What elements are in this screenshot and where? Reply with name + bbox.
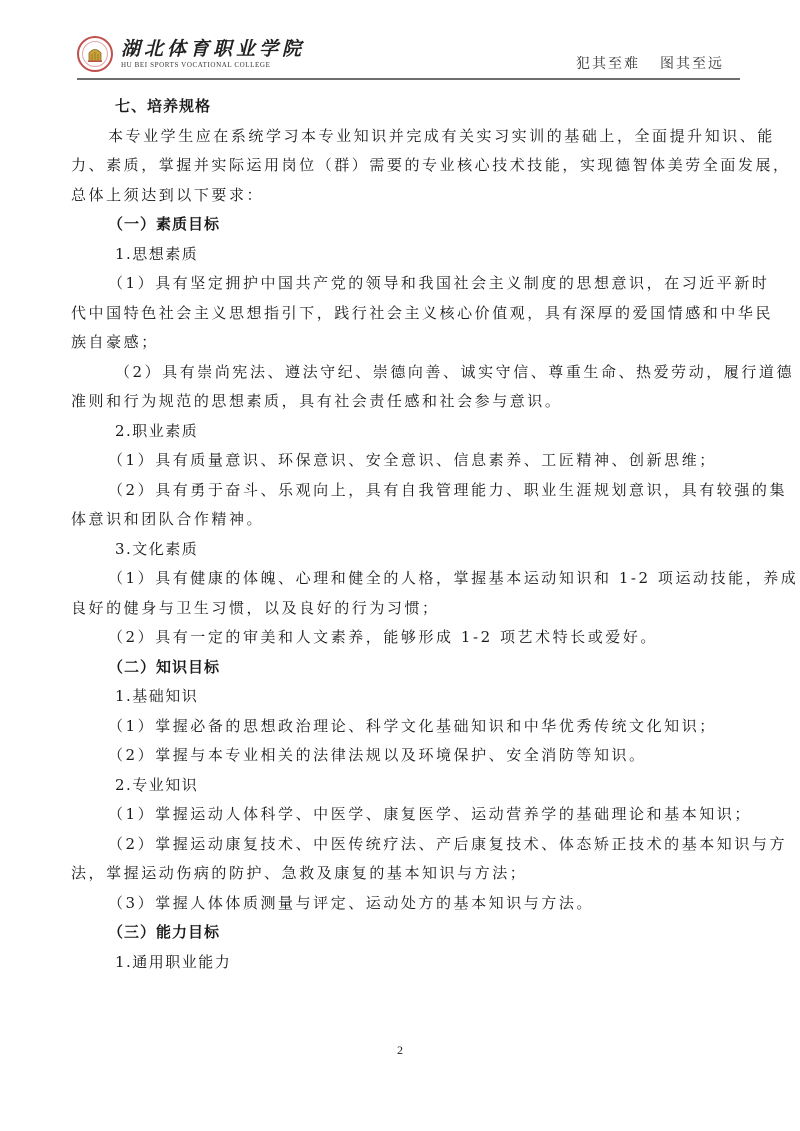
basic-knowledge-item-2: （2）掌握与本专业相关的法律法规以及环境保护、安全消防等知识。 — [83, 741, 733, 771]
heading-specialized-knowledge: 2.专业知识 — [83, 771, 733, 801]
ideological-item-1-line-1: （1）具有坚定拥护中国共产党的领导和我国社会主义制度的思想意识，在习近平新时 — [83, 269, 733, 299]
college-emblem-icon — [77, 36, 113, 72]
subsection-title-quality: （一）素质目标 — [83, 210, 733, 240]
college-motto: 犯其至难 图其至远 — [576, 53, 724, 73]
motto-part-2: 图其至远 — [660, 53, 724, 73]
specialized-knowledge-item-2-line-1: （2）掌握运动康复技术、中医传统疗法、产后康复技术、体态矫正技术的基本知识与方 — [83, 830, 733, 860]
intro-paragraph-line-3: 总体上须达到以下要求： — [71, 181, 733, 211]
subsection-title-ability: （三）能力目标 — [83, 918, 733, 948]
motto-part-1: 犯其至难 — [576, 53, 640, 73]
specialized-knowledge-item-1: （1）掌握运动人体科学、中医学、康复医学、运动营养学的基础理论和基本知识； — [83, 800, 733, 830]
professional-item-2-line-1: （2）具有勇于奋斗、乐观向上，具有自我管理能力、职业生涯规划意识，具有较强的集 — [83, 476, 733, 506]
ideological-item-1-line-2: 代中国特色社会主义思想指引下，践行社会主义核心价值观，具有深厚的爱国情感和中华民 — [71, 299, 733, 329]
cultural-item-2: （2）具有一定的审美和人文素养，能够形成 1-2 项艺术特长或爱好。 — [83, 623, 733, 653]
heading-cultural-quality: 3.文化素质 — [83, 535, 733, 565]
college-name-cn: 湖北体育职业学院 — [121, 40, 305, 59]
specialized-knowledge-item-3: （3）掌握人体体质测量与评定、运动处方的基本知识与方法。 — [83, 889, 733, 919]
cultural-item-1-line-1: （1）具有健康的体魄、心理和健全的人格，掌握基本运动知识和 1-2 项运动技能，… — [83, 564, 733, 594]
subsection-title-knowledge: （二）知识目标 — [83, 653, 733, 683]
heading-basic-knowledge: 1.基础知识 — [83, 682, 733, 712]
intro-paragraph-line-2: 力、素质，掌握并实际运用岗位（群）需要的专业核心技术技能，实现德智体美劳全面发展… — [71, 151, 733, 181]
heading-ideological-quality: 1.思想素质 — [83, 240, 733, 270]
page-header: 湖北体育职业学院 HU BEI SPORTS VOCATIONAL COLLEG… — [77, 34, 740, 80]
intro-paragraph-line-1: 本专业学生应在系统学习本专业知识并完成有关实习实训的基础上，全面提升知识、能 — [83, 122, 733, 152]
basic-knowledge-item-1: （1）掌握必备的思想政治理论、科学文化基础知识和中华优秀传统文化知识； — [83, 712, 733, 742]
professional-item-1: （1）具有质量意识、环保意识、安全意识、信息素养、工匠精神、创新思维； — [83, 446, 733, 476]
heading-professional-quality: 2.职业素质 — [83, 417, 733, 447]
college-logo: 湖北体育职业学院 HU BEI SPORTS VOCATIONAL COLLEG… — [77, 36, 305, 72]
professional-item-2-line-2: 体意识和团队合作精神。 — [71, 505, 733, 535]
document-body: 七、培养规格 本专业学生应在系统学习本专业知识并完成有关实习实训的基础上，全面提… — [83, 92, 733, 977]
ideological-item-2-line-2: 准则和行为规范的思想素质，具有社会责任感和社会参与意识。 — [71, 387, 733, 417]
ideological-item-1-line-3: 族自豪感； — [71, 328, 733, 358]
heading-general-ability: 1.通用职业能力 — [83, 948, 733, 978]
specialized-knowledge-item-2-line-2: 法，掌握运动伤病的防护、急救及康复的基本知识与方法； — [71, 859, 733, 889]
page-number: 2 — [0, 1043, 800, 1058]
cultural-item-1-line-2: 良好的健身与卫生习惯，以及良好的行为习惯； — [71, 594, 733, 624]
section-title: 七、培养规格 — [83, 92, 733, 122]
ideological-item-2-line-1: （2）具有崇尚宪法、遵法守纪、崇德向善、诚实守信、尊重生命、热爱劳动，履行道德 — [83, 358, 733, 388]
college-name-en: HU BEI SPORTS VOCATIONAL COLLEGE — [121, 62, 305, 69]
